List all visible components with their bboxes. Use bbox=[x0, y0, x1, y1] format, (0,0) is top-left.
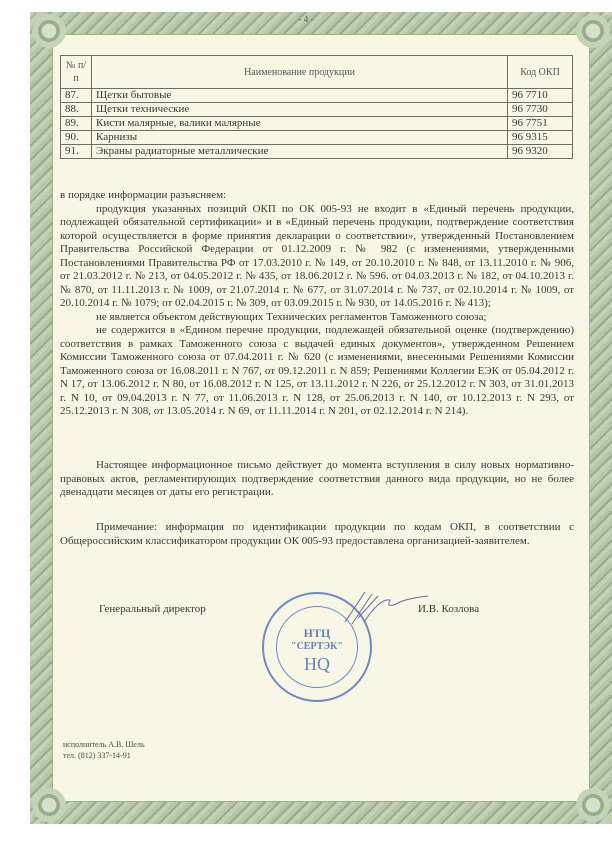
row-code: 96 7730 bbox=[508, 103, 573, 117]
stamp-line-1: НТЦ bbox=[264, 626, 370, 641]
validity-text: Настоящее информационное письмо действуе… bbox=[60, 459, 574, 500]
row-code: 96 7710 bbox=[508, 89, 573, 103]
row-name: Кисти малярные, валики малярные bbox=[92, 117, 508, 131]
table-row: 87.Щетки бытовые96 7710 bbox=[61, 89, 573, 103]
row-name: Щетки бытовые bbox=[92, 89, 508, 103]
header-name: Наименование продукции bbox=[92, 56, 508, 89]
row-name: Карнизы bbox=[92, 131, 508, 145]
row-name: Экраны радиаторные металлические bbox=[92, 145, 508, 159]
row-num: 87. bbox=[61, 89, 92, 103]
body-text: в порядке информации разъясняем: продукц… bbox=[60, 189, 574, 419]
row-num: 90. bbox=[61, 131, 92, 145]
row-num: 89. bbox=[61, 117, 92, 131]
page-number: - 4 - bbox=[0, 14, 612, 24]
row-num: 91. bbox=[61, 145, 92, 159]
row-num: 88. bbox=[61, 103, 92, 117]
stamp-line-3: HQ bbox=[264, 654, 370, 675]
row-name: Щетки технические bbox=[92, 103, 508, 117]
table-row: 89.Кисти малярные, валики малярные96 775… bbox=[61, 117, 573, 131]
header-num: № п/п bbox=[61, 56, 92, 89]
stamp-line-2: "СЕРТЭК" bbox=[264, 641, 370, 652]
table-row: 88.Щетки технические96 7730 bbox=[61, 103, 573, 117]
executor-name: исполнитель А.В. Шель bbox=[63, 739, 145, 750]
row-code: 96 7751 bbox=[508, 117, 573, 131]
table-row: 90.Карнизы96 9315 bbox=[61, 131, 573, 145]
signatory-title: Генеральный директор bbox=[99, 603, 206, 615]
paragraph-customs-union: не содержится в «Едином перечне продукци… bbox=[60, 324, 574, 419]
paragraph-validity: Настоящее информационное письмо действуе… bbox=[60, 459, 574, 500]
products-table: № п/п Наименование продукции Код ОКП 87.… bbox=[60, 55, 573, 159]
header-code: Код ОКП bbox=[508, 56, 573, 89]
company-stamp: НТЦ "СЕРТЭК" HQ bbox=[262, 592, 372, 702]
paragraph-tech-regulations: не является объектом действующих Техниче… bbox=[60, 311, 574, 325]
note-text: Примечание: информация по идентификации … bbox=[60, 521, 574, 548]
table-header-row: № п/п Наименование продукции Код ОКП bbox=[61, 56, 573, 89]
paragraph-note: Примечание: информация по идентификации … bbox=[60, 521, 574, 548]
paragraph-certification: продукция указанных позиций ОКП по ОК 00… bbox=[60, 203, 574, 311]
table-row: 91.Экраны радиаторные металлические96 93… bbox=[61, 145, 573, 159]
intro-line: в порядке информации разъясняем: bbox=[60, 189, 574, 203]
row-code: 96 9320 bbox=[508, 145, 573, 159]
executor-info: исполнитель А.В. Шель тел. (812) 337-14-… bbox=[63, 739, 145, 761]
executor-phone: тел. (812) 337-14-91 bbox=[63, 750, 145, 761]
row-code: 96 9315 bbox=[508, 131, 573, 145]
signatory-name: И.В. Козлова bbox=[418, 603, 479, 615]
